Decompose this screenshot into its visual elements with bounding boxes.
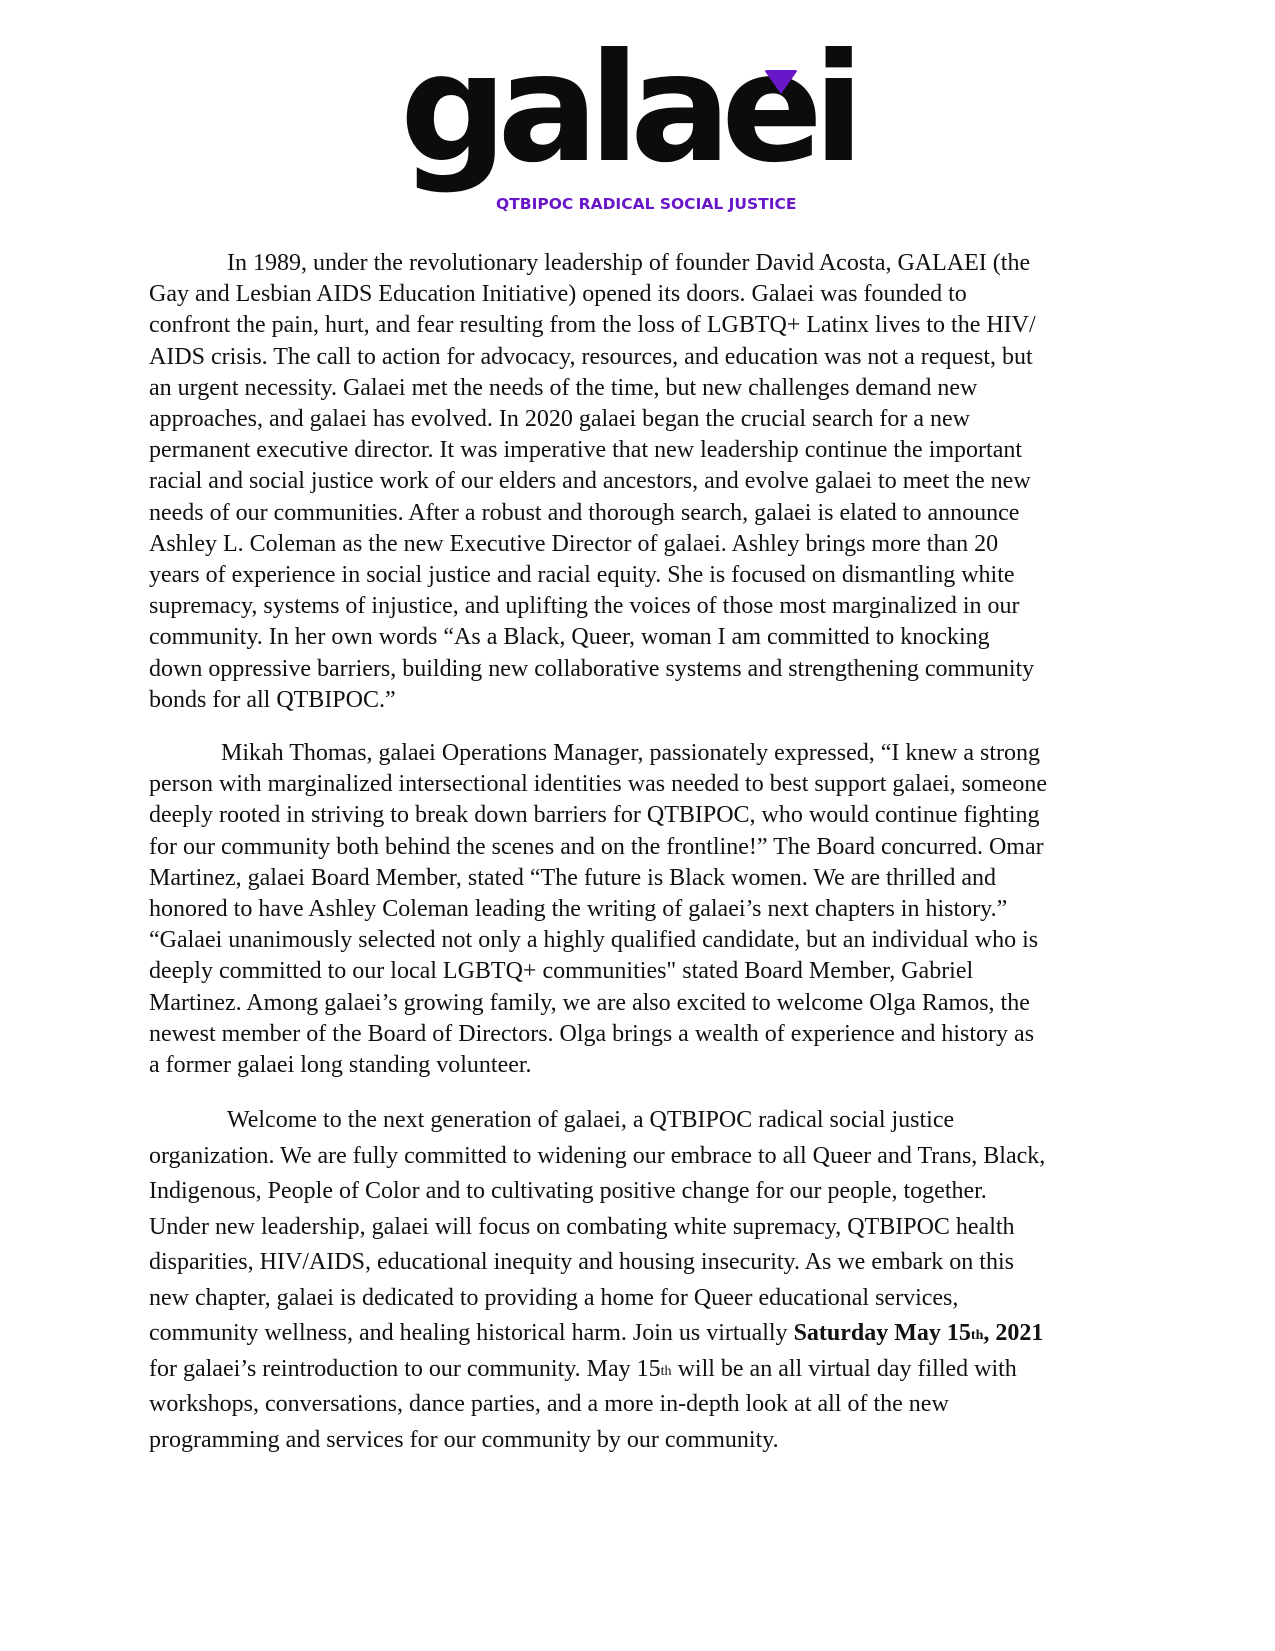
text-line: for galaei’s reintroduction to our commu… [149,1352,1109,1388]
text-line: workshops, conversations, dance parties,… [149,1387,1109,1423]
text-line: Welcome to the next generation of galaei… [149,1103,1109,1139]
text-line: bonds for all QTBIPOC.” [149,685,1109,716]
text-line: down oppressive barriers, building new c… [149,654,1109,685]
text-line: community. In her own words “As a Black,… [149,622,1109,653]
text-line: Indigenous, People of Color and to culti… [149,1174,1109,1210]
text-line: “Galaei unanimously selected not only a … [149,925,1109,956]
event-date: Saturday May 15th, 2021 [794,1320,1044,1346]
text-line: AIDS crisis. The call to action for advo… [149,342,1109,373]
logo-tagline: QTBIPOC RADICAL SOCIAL JUSTICE [496,195,796,213]
text-line: confront the pain, hurt, and fear result… [149,310,1109,341]
galaei-logo: galaei QTBIPOC RADICAL SOCIAL JUSTICE [400,62,800,232]
triangle-down-icon [764,70,798,94]
text-line: programming and services for our communi… [149,1423,1109,1459]
text-line: newest member of the Board of Directors.… [149,1019,1109,1050]
text-line: person with marginalized intersectional … [149,769,1109,800]
text-line: disparities, HIV/AIDS, educational inequ… [149,1245,1109,1281]
text-line: In 1989, under the revolutionary leaders… [149,248,1109,279]
paragraph-announcement: In 1989, under the revolutionary leaders… [149,248,1109,716]
text-line: deeply committed to our local LGBTQ+ com… [149,956,1109,987]
text-line: racial and social justice work of our el… [149,466,1109,497]
text-line: supremacy, systems of injustice, and upl… [149,591,1109,622]
text-line: years of experience in social justice an… [149,560,1109,591]
text-line: an urgent necessity. Galaei met the need… [149,373,1109,404]
text-line: approaches, and galaei has evolved. In 2… [149,404,1109,435]
paragraph-quotes: Mikah Thomas, galaei Operations Manager,… [149,738,1109,1081]
text-line: Martinez. Among galaei’s growing family,… [149,988,1109,1019]
text-line: needs of our communities. After a robust… [149,498,1109,529]
text-line: community wellness, and healing historic… [149,1316,1109,1352]
text-line: permanent executive director. It was imp… [149,435,1109,466]
text-line: Mikah Thomas, galaei Operations Manager,… [149,738,1109,769]
text-line: honored to have Ashley Coleman leading t… [149,894,1109,925]
text-line: new chapter, galaei is dedicated to prov… [149,1281,1109,1317]
text-line: a former galaei long standing volunteer. [149,1050,1109,1081]
text-line: Gay and Lesbian AIDS Education Initiativ… [149,279,1109,310]
text-line: deeply rooted in striving to break down … [149,800,1109,831]
text-line: Under new leadership, galaei will focus … [149,1210,1109,1246]
text-line: Ashley L. Coleman as the new Executive D… [149,529,1109,560]
text-line: organization. We are fully committed to … [149,1139,1109,1175]
paragraph-welcome: Welcome to the next generation of galaei… [149,1103,1109,1458]
text-line: Martinez, galaei Board Member, stated “T… [149,863,1109,894]
text-line: for our community both behind the scenes… [149,832,1109,863]
logo-wordmark: galaei [400,34,854,184]
